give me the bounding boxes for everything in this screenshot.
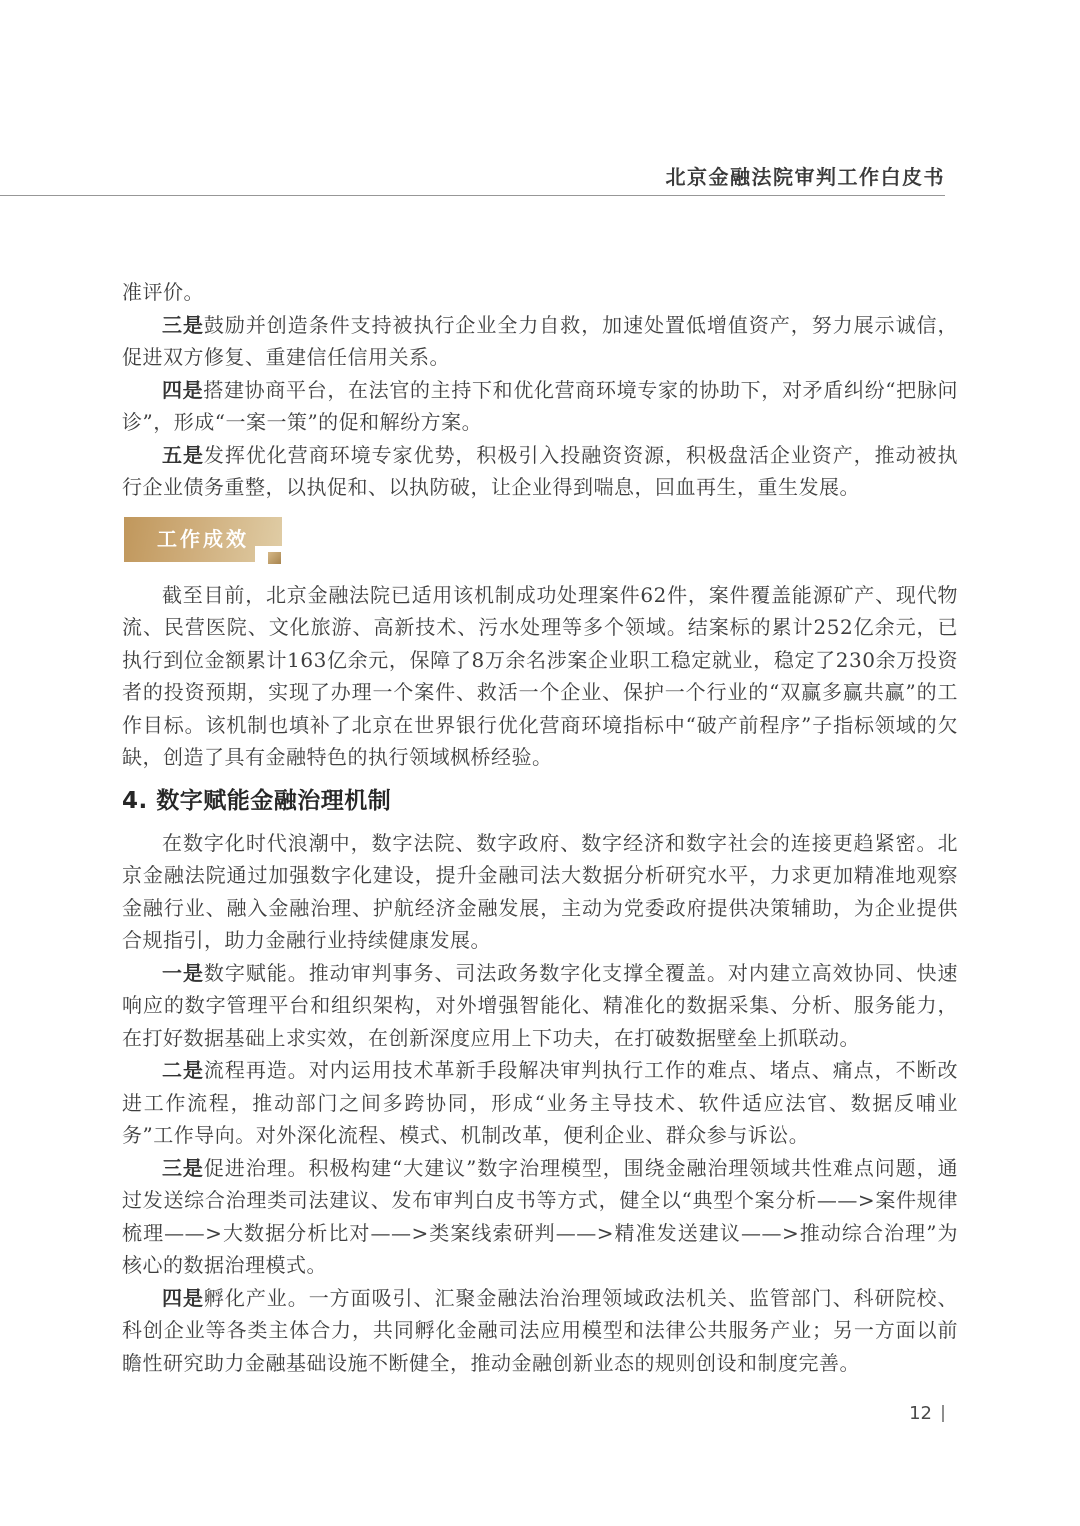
work-results-badge: 工作成效: [124, 517, 282, 562]
paragraph-section-point-1: 一是数字赋能。推动审判事务、司法政务数字化支撑全覆盖。对内建立高效协同、快速响应…: [122, 957, 958, 1055]
paragraph-achievements: 截至目前，北京金融法院已适用该机制成功处理案件62件，案件覆盖能源矿产、现代物流…: [122, 579, 958, 774]
paragraph-point-4: 四是搭建协商平台，在法官的主持下和优化营商环境专家的协助下，对矛盾纠纷“把脉问诊…: [122, 374, 958, 439]
footer-divider: [942, 1405, 944, 1422]
header-divider-rule: [0, 195, 945, 196]
point-lead: 三是: [162, 1156, 204, 1180]
point-text: 流程再造。对内运用技术革新手段解决审判执行工作的难点、堵点、痛点，不断改进工作流…: [122, 1058, 958, 1147]
point-text: 孵化产业。一方面吸引、汇聚金融法治治理领域政法机关、监管部门、科研院校、科创企业…: [122, 1286, 958, 1375]
point-lead: 一是: [162, 961, 204, 985]
point-lead: 五是: [162, 443, 204, 467]
page-footer: 12: [909, 1403, 944, 1424]
paragraph-section-point-3: 三是促进治理。积极构建“大建议”数字治理模型，围绕金融治理领域共性难点问题，通过…: [122, 1152, 958, 1282]
document-page: 北京金融法院审判工作白皮书 准评价。 三是鼓励并创造条件支持被执行企业全力自救，…: [0, 0, 1080, 1526]
page-number: 12: [909, 1403, 932, 1424]
paragraph-section-intro: 在数字化时代浪潮中，数字法院、数字政府、数字经济和数字社会的连接更趋紧密。北京金…: [122, 827, 958, 957]
point-text: 数字赋能。推动审判事务、司法政务数字化支撑全覆盖。对内建立高效协同、快速响应的数…: [122, 961, 958, 1050]
paragraph-section-point-4: 四是孵化产业。一方面吸引、汇聚金融法治治理领域政法机关、监管部门、科研院校、科创…: [122, 1282, 958, 1380]
paragraph-point-3: 三是鼓励并创造条件支持被执行企业全力自救，加速处置低增值资产，努力展示诚信，促进…: [122, 309, 958, 374]
point-lead: 四是: [162, 378, 203, 402]
document-body: 准评价。 三是鼓励并创造条件支持被执行企业全力自救，加速处置低增值资产，努力展示…: [122, 276, 958, 1379]
point-lead: 二是: [162, 1058, 204, 1082]
badge-label: 工作成效: [157, 523, 249, 556]
point-text: 促进治理。积极构建“大建议”数字治理模型，围绕金融治理领域共性难点问题，通过发送…: [122, 1156, 958, 1278]
point-lead: 三是: [162, 313, 204, 337]
point-text: 搭建协商平台，在法官的主持下和优化营商环境专家的协助下，对矛盾纠纷“把脉问诊”，…: [122, 378, 958, 435]
badge-notch-square-decoration: [268, 552, 281, 564]
paragraph-point-5: 五是发挥优化营商环境专家优势，积极引入投融资资源，积极盘活企业资产，推动被执行企…: [122, 439, 958, 504]
point-text: 发挥优化营商环境专家优势，积极引入投融资资源，积极盘活企业资产，推动被执行企业债…: [122, 443, 958, 500]
section-heading-digital-governance: 4. 数字赋能金融治理机制: [122, 784, 958, 818]
paragraph-continuation: 准评价。: [122, 276, 958, 309]
point-text: 鼓励并创造条件支持被执行企业全力自救，加速处置低增值资产，努力展示诚信，促进双方…: [122, 313, 958, 370]
point-lead: 四是: [162, 1286, 204, 1310]
page-header-title: 北京金融法院审判工作白皮书: [0, 161, 945, 190]
paragraph-section-point-2: 二是流程再造。对内运用技术革新手段解决审判执行工作的难点、堵点、痛点，不断改进工…: [122, 1054, 958, 1152]
